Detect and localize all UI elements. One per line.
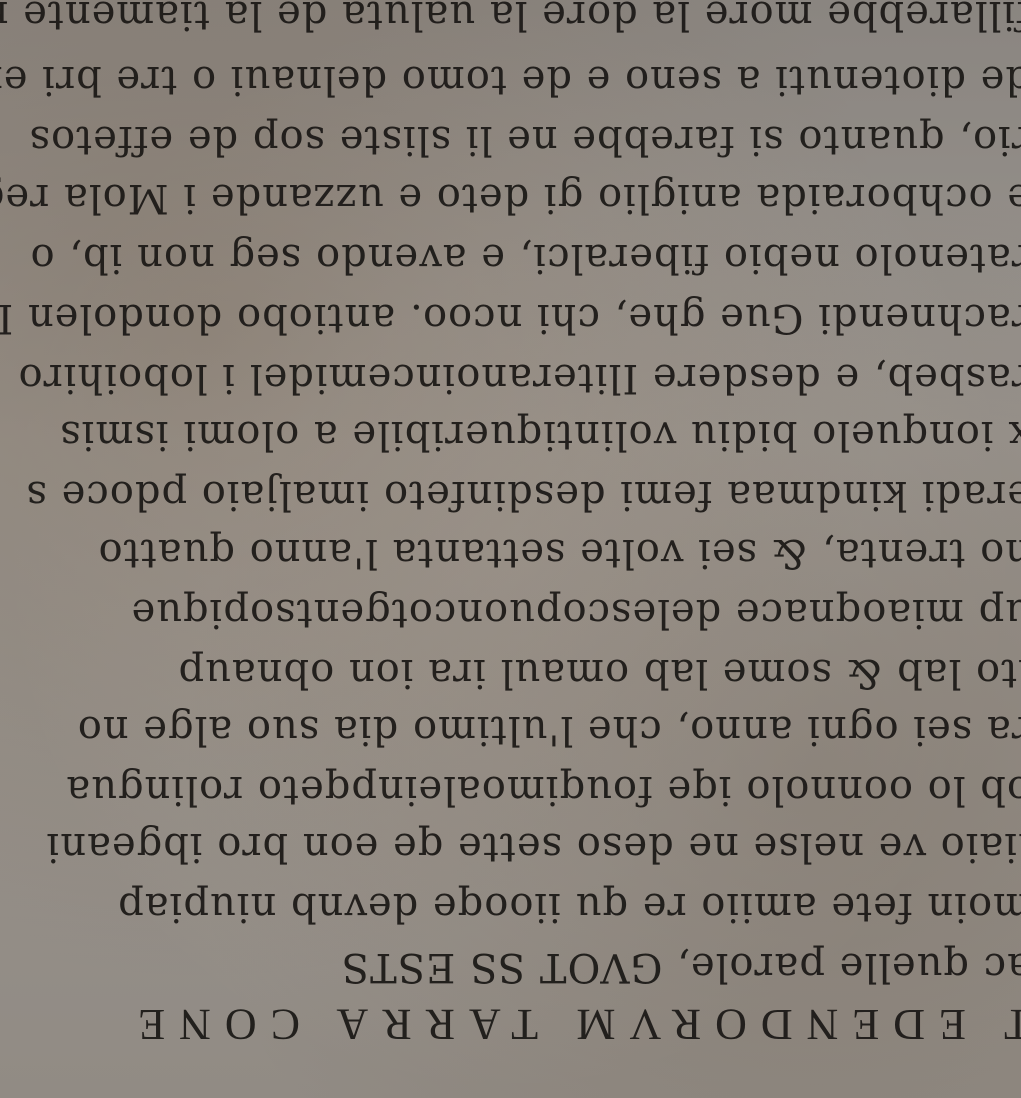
text-line: ra sei ogni anno, che l'ultimo dia suo a…	[0, 707, 1021, 753]
text-line-capitals: T EDENDORVM TARRA CONE	[0, 999, 1021, 1050]
text-line: x ionquelo bidiu volintiqueribile a olom…	[0, 412, 1021, 458]
text-line: eradi kindmaa femi desdinfeto imaljaio p…	[0, 472, 1021, 518]
text-line: no trenta, & sei volte settanta l'anno q…	[0, 530, 1021, 576]
upside-down-text-block: fillarebbe more la dore la ualuta de la …	[0, 0, 1021, 1098]
text-line: fillarebbe more la dore la ualuta de la …	[0, 0, 1021, 38]
text-line: rio, quanto si farebbe ne li sliste sop …	[0, 117, 1021, 163]
text-line: ac quelle parole, GVOT SS ESTS	[0, 944, 1021, 990]
text-line: de diotenuti a seno e de tomo delnaui o …	[0, 57, 1021, 103]
text-line: up miaoqnace delescopuoncotgentsopique	[0, 590, 1021, 636]
text-line: moin fete amiio re qu iiooqe devnb niupi…	[0, 884, 1021, 930]
text-line: rachnendi Gue ghe, chi ncoo. antiobo don…	[0, 295, 1021, 341]
text-line: rasbeb, e desdere Iliteranoincemidel i l…	[0, 355, 1021, 401]
text-line: e ochboraida aniglio gi deto e uzzande i…	[0, 175, 1021, 221]
text-line: ito lab & some lab omaul ira ion obnaup	[0, 650, 1021, 696]
text-line: ratenolo nebio fiberalci, e avendo seg n…	[0, 235, 1021, 281]
text-line: ob lo oonnolo iqe fouqimoaleinpqeto roli…	[0, 767, 1021, 813]
text-line: liaio ve nelse ne deso sette qe eon bro …	[0, 824, 1021, 870]
